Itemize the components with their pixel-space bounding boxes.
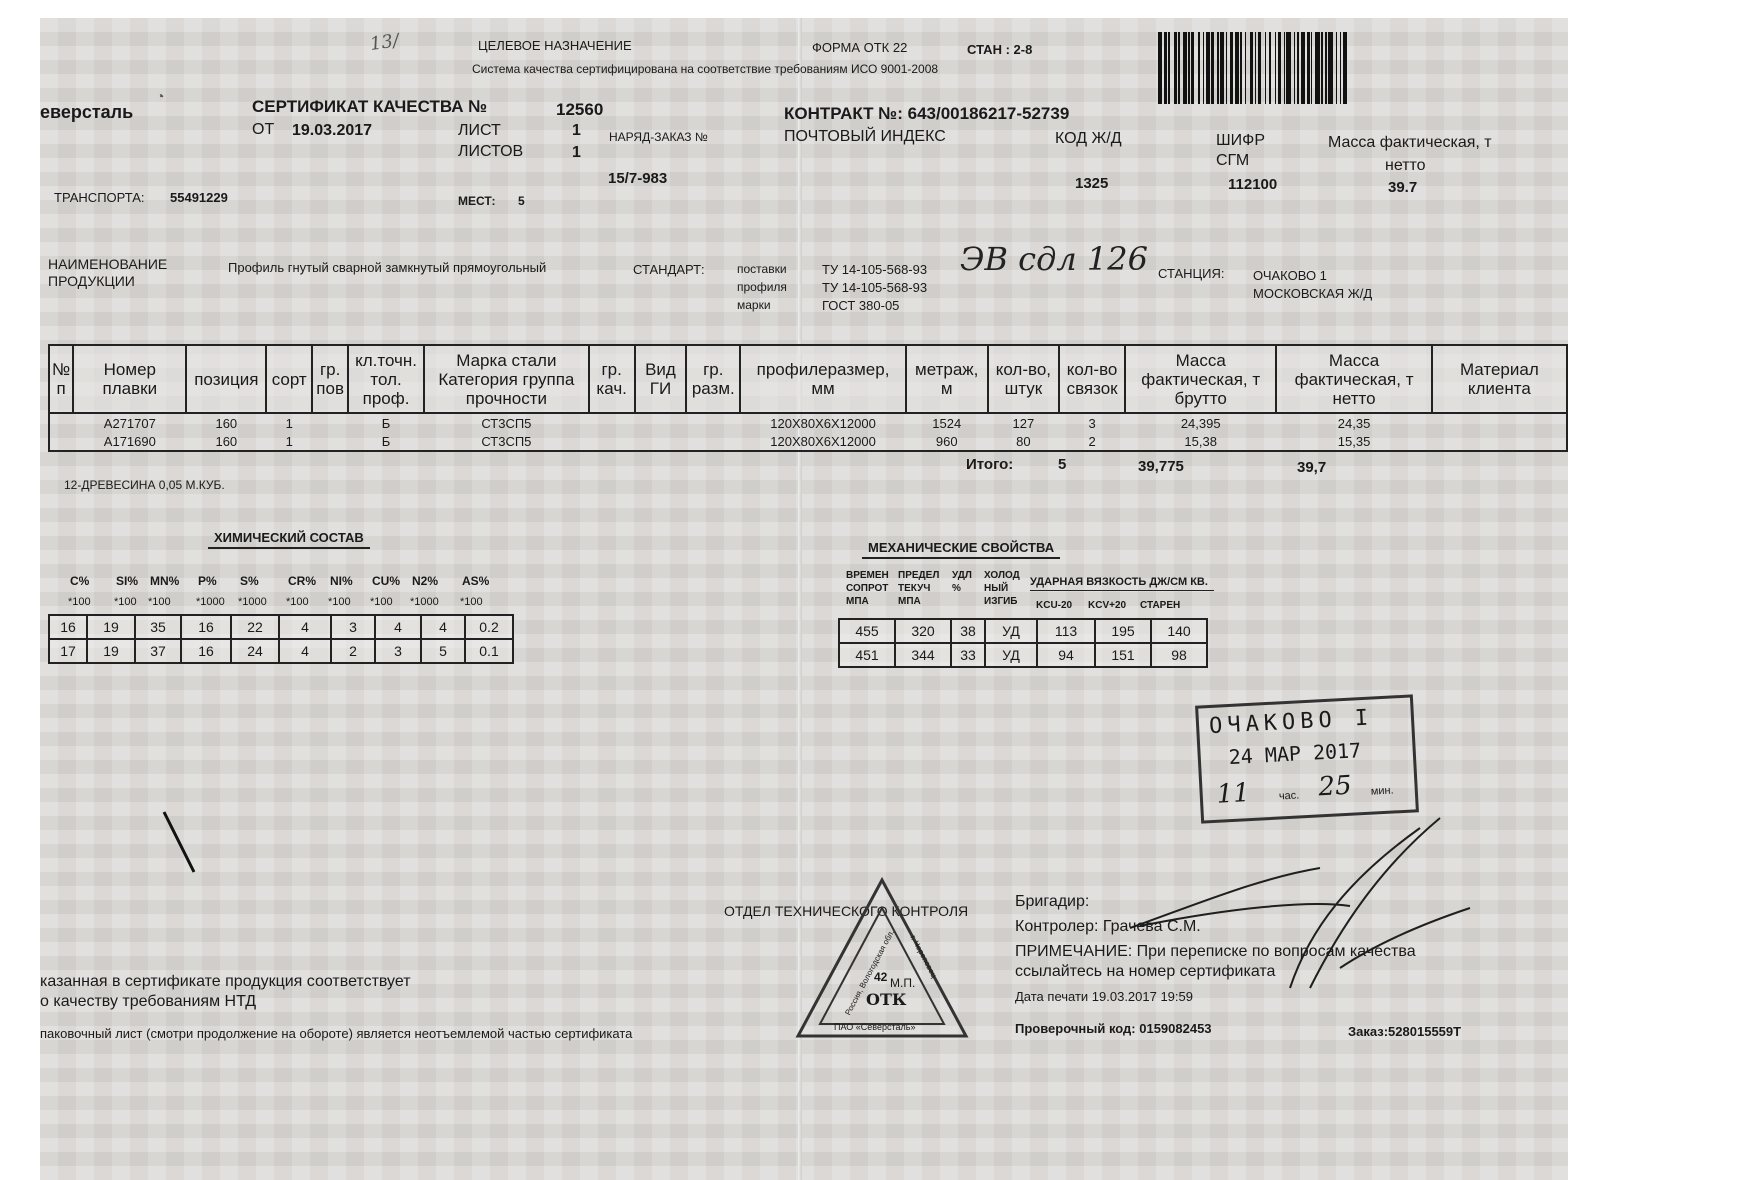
form-label: ФОРМА ОТК 22 — [812, 40, 907, 55]
stamp-date: 24 МАР 2017 — [1228, 738, 1362, 769]
mechanical-title: МЕХАНИЧЕСКИЕ СВОЙСТВА — [862, 540, 1060, 559]
table-cell — [49, 413, 73, 432]
cipher-value: 112100 — [1228, 176, 1277, 193]
chem-cell: 2 — [331, 639, 375, 663]
chem-cell: 35 — [135, 615, 181, 639]
table-cell: 1 — [266, 413, 312, 432]
standard-kind: профиля — [737, 280, 787, 294]
chem-cell: 0.2 — [465, 615, 513, 639]
table-cell: 1 — [266, 432, 312, 451]
otk-seal-company: ПАО «Северсталь» — [834, 1022, 915, 1032]
table-cell: 127 — [988, 413, 1060, 432]
packaging-note: 12-ДРЕВЕСИНА 0,05 М.КУБ. — [64, 478, 225, 492]
products-table-header: № пНомер плавкипозициясортгр. повкл.точн… — [49, 345, 1567, 413]
mech-cell: 451 — [839, 643, 895, 667]
cipher-label: ШИФР — [1216, 132, 1265, 150]
standard-value: ТУ 14-105-568-93 — [822, 262, 927, 277]
table-cell: Б — [348, 432, 424, 451]
table-cell: 15,38 — [1125, 432, 1276, 451]
handwritten-page-mark: 13/ — [369, 30, 401, 55]
standard-kind: поставки — [737, 262, 787, 276]
column-header: Марка стали Категория группа прочности — [424, 345, 589, 413]
table-cell — [1432, 432, 1567, 451]
stamp-station: ОЧАКОВО I — [1209, 705, 1374, 739]
mech-cell: УД — [985, 643, 1037, 667]
mech-column-header: % — [952, 583, 961, 594]
table-cell — [312, 432, 348, 451]
pen-stroke-icon — [160, 808, 200, 878]
mech-cell: 140 — [1151, 619, 1207, 643]
table-cell: 24,395 — [1125, 413, 1276, 432]
chem-column-header: CR% — [288, 574, 316, 588]
mech-cell: 38 — [951, 619, 985, 643]
sheets-value: 1 — [572, 144, 581, 162]
mech-cell: 344 — [895, 643, 951, 667]
net-mass-label: Масса фактическая, т — [1328, 134, 1492, 152]
chem-cell: 16 — [181, 639, 231, 663]
chem-column-header: CU% — [372, 574, 400, 588]
postal-label: ПОЧТОВЫЙ ИНДЕКС — [784, 128, 946, 146]
mech-column-header: УДЛ — [952, 570, 972, 581]
table-cell: 24,35 — [1276, 413, 1431, 432]
total-bundles: 5 — [1058, 456, 1066, 473]
foreman-label: Бригадир: — [1015, 893, 1089, 911]
mech-cell: 455 — [839, 619, 895, 643]
sheet-label: ЛИСТ — [458, 122, 501, 140]
column-header: гр. пов — [312, 345, 348, 413]
cipher-label-2: СГМ — [1216, 152, 1249, 170]
net-mass-label-2: нетто — [1385, 157, 1426, 175]
chem-multiplier: *100 — [286, 596, 309, 608]
table-cell — [312, 413, 348, 432]
column-header: № п — [49, 345, 73, 413]
order-code: Заказ:528015559Т — [1348, 1024, 1461, 1039]
table-cell: 120Х80Х6Х12000 — [740, 413, 906, 432]
date-label: ОТ — [252, 121, 274, 139]
mech-row: 45532038УД113195140 — [839, 619, 1207, 643]
mech-column-header: МПА — [846, 596, 869, 607]
product-name-value: Профиль гнутый сварной замкнутый прямоуг… — [228, 260, 546, 275]
table-cell: 80 — [988, 432, 1060, 451]
table-cell: 15,35 — [1276, 432, 1431, 451]
note-line2: ссылайтесь на номер сертификата — [1015, 963, 1275, 981]
controller-label: Контролер: Грачева С.М. — [1015, 918, 1201, 936]
net-mass-value: 39.7 — [1388, 179, 1417, 196]
mech-cell: 98 — [1151, 643, 1207, 667]
sheets-label: ЛИСТОВ — [458, 143, 523, 161]
rail-code-label: КОД Ж/Д — [1055, 130, 1122, 148]
places-label: МЕСТ: — [458, 194, 496, 208]
stamp-hours-label: час. — [1279, 789, 1300, 802]
chem-cell: 4 — [421, 615, 465, 639]
product-name-label-2: ПРОДУКЦИИ — [48, 273, 135, 289]
products-table: № пНомер плавкипозициясортгр. повкл.точн… — [48, 344, 1568, 452]
table-row: А2717071601БСТ3СП5120Х80Х6Х1200015241273… — [49, 413, 1567, 432]
column-header: профилеразмер, мм — [740, 345, 906, 413]
table-row: А1716901601БСТ3СП5120Х80Х6Х1200096080215… — [49, 432, 1567, 451]
table-cell: СТ3СП5 — [424, 432, 589, 451]
chem-multiplier: *1000 — [196, 596, 225, 608]
mech-column-header: СОПРОТ — [846, 583, 888, 594]
stamp-hours: 11 — [1216, 778, 1251, 810]
station-line2: МОСКОВСКАЯ Ж/Д — [1253, 286, 1372, 301]
table-cell: 1524 — [906, 413, 988, 432]
column-header: позиция — [186, 345, 266, 413]
compliance-line2: о качеству требованиям НТД — [40, 993, 256, 1011]
chem-multiplier: *100 — [370, 596, 393, 608]
impact-column-header: KCV+20 — [1088, 600, 1126, 611]
mech-column-header: ПРЕДЕЛ — [898, 570, 939, 581]
table-cell — [1432, 413, 1567, 432]
certificate-title: СЕРТИФИКАТ КАЧЕСТВА № — [252, 97, 487, 117]
otk-seal-number: 42 — [874, 970, 887, 984]
chem-multiplier: *100 — [148, 596, 171, 608]
table-cell: 160 — [186, 413, 266, 432]
standard-kind: марки — [737, 298, 771, 312]
chem-cell: 16 — [181, 615, 231, 639]
mechanical-table: 45532038УД11319514045134433УД9415198 — [838, 618, 1208, 668]
mech-cell: 195 — [1095, 619, 1151, 643]
column-header: сорт — [266, 345, 312, 413]
chem-cell: 17 — [49, 639, 87, 663]
mech-column-header: ТЕКУЧ — [898, 583, 930, 594]
station-label: СТАНЦИЯ: — [1158, 266, 1225, 281]
chem-cell: 4 — [279, 615, 331, 639]
chem-column-header: AS% — [462, 574, 489, 588]
station-line1: ОЧАКОВО 1 — [1253, 268, 1327, 283]
chem-multiplier: *100 — [328, 596, 351, 608]
contract: КОНТРАКТ №: 643/00186217-52739 — [784, 104, 1069, 124]
chem-column-header: S% — [240, 574, 259, 588]
column-header: Номер плавки — [73, 345, 186, 413]
table-cell: А271707 — [73, 413, 186, 432]
impact-column-header: СТАРЕН — [1140, 600, 1180, 611]
mech-column-header: ХОЛОД — [984, 570, 1020, 581]
column-header: кол-во, штук — [988, 345, 1060, 413]
certificate-date: 19.03.2017 — [292, 122, 372, 140]
chemical-title: ХИМИЧЕСКИЙ СОСТАВ — [208, 530, 370, 549]
mech-column-header: НЫЙ — [984, 583, 1008, 594]
iso-statement: Система качества сертифицирована на соот… — [472, 62, 938, 76]
mech-cell: 113 — [1037, 619, 1095, 643]
column-header: гр. разм. — [686, 345, 740, 413]
table-cell: СТ3СП5 — [424, 413, 589, 432]
chem-cell: 3 — [375, 639, 421, 663]
barcode — [1158, 32, 1510, 104]
stamp-minutes-label: мин. — [1370, 785, 1393, 798]
chem-column-header: C% — [70, 574, 89, 588]
table-cell: 160 — [186, 432, 266, 451]
chem-column-header: MN% — [150, 574, 179, 588]
table-cell: Б — [348, 413, 424, 432]
chem-cell: 22 — [231, 615, 279, 639]
order-value: 15/7-983 — [608, 170, 667, 187]
table-cell: А171690 — [73, 432, 186, 451]
column-header: Масса фактическая, т брутто — [1125, 345, 1276, 413]
chem-cell: 4 — [375, 615, 421, 639]
mech-cell: 320 — [895, 619, 951, 643]
logo-mark-icon: ◔ — [156, 88, 164, 104]
company-logo: еверсталь ◔ — [40, 102, 133, 123]
total-net: 39,7 — [1297, 459, 1326, 476]
chem-multiplier: *100 — [68, 596, 91, 608]
chem-multiplier: *100 — [460, 596, 483, 608]
chem-cell: 19 — [87, 639, 135, 663]
chem-multiplier: *1000 — [238, 596, 267, 608]
column-header: кл.точн. тол. проф. — [348, 345, 424, 413]
chem-cell: 4 — [279, 639, 331, 663]
total-gross: 39,775 — [1138, 458, 1184, 475]
transport-value: 55491229 — [170, 190, 228, 205]
mech-column-header: ИЗГИБ — [984, 596, 1018, 607]
arrival-stamp: ОЧАКОВО I 24 МАР 2017 11 час. 25 мин. — [1195, 694, 1419, 823]
mech-row: 45134433УД9415198 — [839, 643, 1207, 667]
table-cell — [686, 432, 740, 451]
standard-value: ТУ 14-105-568-93 — [822, 280, 927, 295]
logo-text: еверсталь — [40, 102, 133, 122]
mech-cell: 33 — [951, 643, 985, 667]
chem-column-header: SI% — [116, 574, 138, 588]
impact-column-header: KCU-20 — [1036, 600, 1072, 611]
rail-code-value: 1325 — [1075, 175, 1108, 192]
column-header: кол-во связок — [1059, 345, 1125, 413]
chem-row: 171937162442350.1 — [49, 639, 513, 663]
chem-row: 161935162243440.2 — [49, 615, 513, 639]
table-cell — [635, 432, 687, 451]
chem-column-header: NI% — [330, 574, 353, 588]
chem-multiplier: *100 — [114, 596, 137, 608]
product-name-label: НАИМЕНОВАНИЕ — [48, 256, 167, 272]
print-date: Дата печати 19.03.2017 19:59 — [1015, 989, 1193, 1004]
certificate-sheet: 13/ ЦЕЛЕВОЕ НАЗНАЧЕНИЕ Система качества … — [40, 18, 1568, 1180]
mech-cell: УД — [985, 619, 1037, 643]
mech-column-header: ВРЕМЕН — [846, 570, 889, 581]
table-cell: 120Х80Х6Х12000 — [740, 432, 906, 451]
chem-cell: 5 — [421, 639, 465, 663]
impact-group-label: УДАРНАЯ ВЯЗКОСТЬ ДЖ/СМ КВ. — [1030, 576, 1214, 591]
otk-seal-main: ОТК — [866, 990, 906, 1009]
contract-label: КОНТРАКТ №: — [784, 104, 903, 123]
table-cell — [589, 432, 635, 451]
stamp-minutes: 25 — [1318, 771, 1353, 803]
total-label: Итого: — [966, 456, 1013, 473]
table-cell — [686, 413, 740, 432]
handwritten-mark: ЭВ сдл 126 — [960, 240, 1148, 278]
chem-column-header: N2% — [412, 574, 438, 588]
products-table-body: А2717071601БСТ3СП5120Х80Х6Х1200015241273… — [49, 413, 1567, 451]
standard-value: ГОСТ 380-05 — [822, 298, 899, 313]
column-header: Материал клиента — [1432, 345, 1567, 413]
table-cell — [589, 413, 635, 432]
certificate-number: 12560 — [556, 100, 603, 120]
contract-value: 643/00186217-52739 — [908, 104, 1070, 123]
mech-column-header: МПА — [898, 596, 921, 607]
mech-cell: 94 — [1037, 643, 1095, 667]
note-line1: ПРИМЕЧАНИЕ: При переписке по вопросам ка… — [1015, 943, 1416, 961]
transport-label: ТРАНСПОРТА: — [54, 190, 145, 205]
mill-label: СТАН : 2-8 — [967, 42, 1032, 57]
order-label: НАРЯД-ЗАКАЗ № — [609, 130, 708, 144]
table-cell: 2 — [1059, 432, 1125, 451]
compliance-line1: казанная в сертификате продукция соответ… — [40, 973, 411, 991]
chem-cell: 3 — [331, 615, 375, 639]
places-value: 5 — [518, 194, 525, 208]
chem-cell: 24 — [231, 639, 279, 663]
column-header: Масса фактическая, т нетто — [1276, 345, 1431, 413]
purpose-label: ЦЕЛЕВОЕ НАЗНАЧЕНИЕ — [478, 38, 632, 53]
chem-cell: 16 — [49, 615, 87, 639]
chem-cell: 19 — [87, 615, 135, 639]
table-cell — [49, 432, 73, 451]
sheet-value: 1 — [572, 122, 581, 140]
table-cell: 3 — [1059, 413, 1125, 432]
packing-list-note: паковочный лист (смотри продолжение на о… — [40, 1026, 632, 1041]
chem-cell: 0.1 — [465, 639, 513, 663]
chem-cell: 37 — [135, 639, 181, 663]
otk-seal-icon — [792, 874, 972, 1044]
column-header: гр. кач. — [589, 345, 635, 413]
column-header: метраж, м — [906, 345, 988, 413]
chemical-table: 161935162243440.2171937162442350.1 — [48, 614, 514, 664]
otk-seal-mp: М.П. — [890, 976, 915, 990]
chem-column-header: P% — [198, 574, 217, 588]
table-cell: 960 — [906, 432, 988, 451]
mech-cell: 151 — [1095, 643, 1151, 667]
chem-multiplier: *1000 — [410, 596, 439, 608]
check-code: Проверочный код: 0159082453 — [1015, 1021, 1212, 1036]
table-cell — [635, 413, 687, 432]
column-header: Вид ГИ — [635, 345, 687, 413]
standard-label: СТАНДАРТ: — [633, 262, 705, 277]
